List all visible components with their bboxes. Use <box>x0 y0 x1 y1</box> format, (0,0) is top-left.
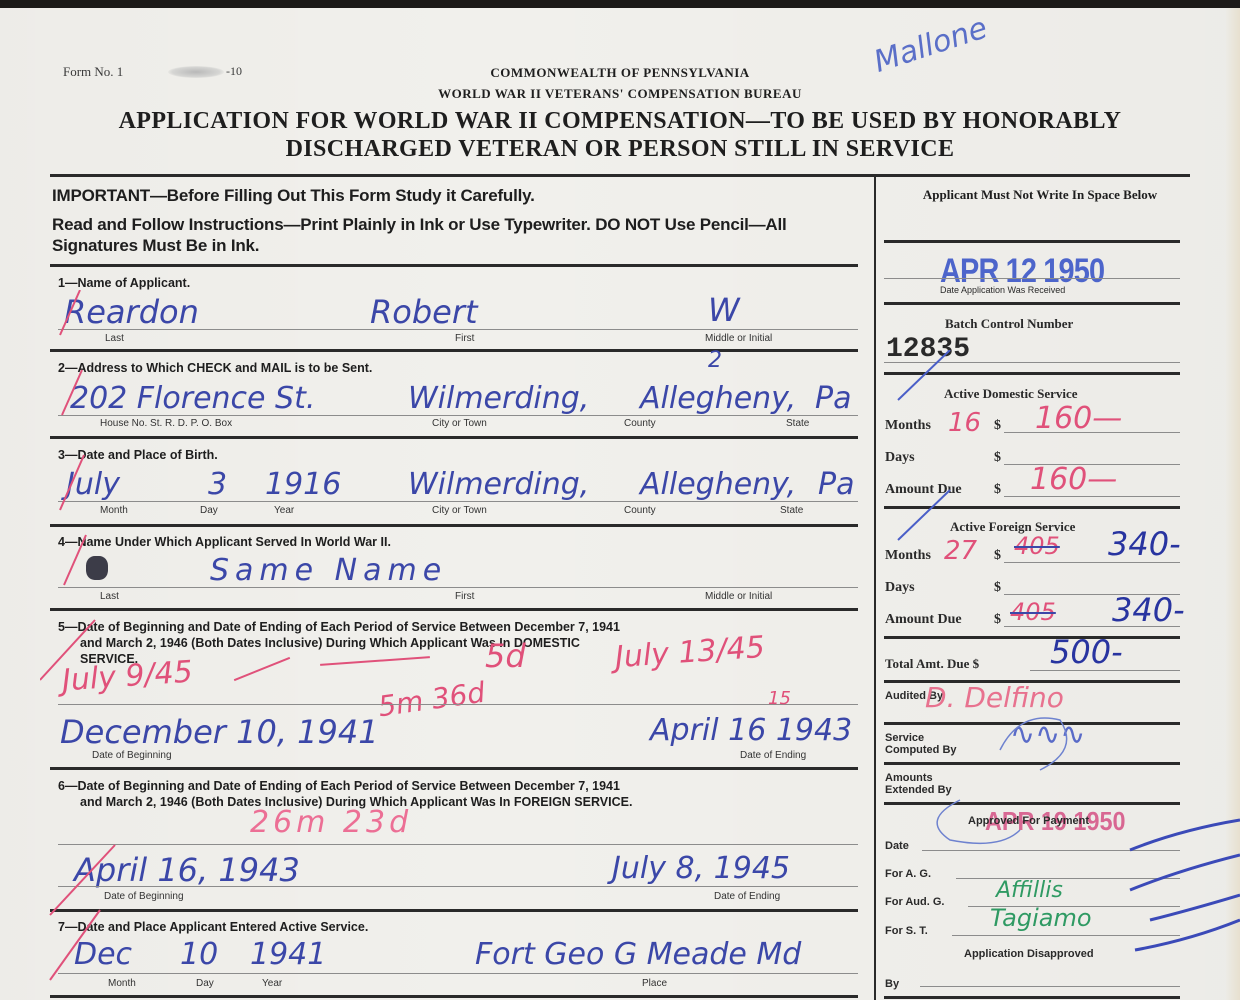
s7-year-caption: Year <box>262 978 282 989</box>
form-title-line1: APPLICATION FOR WORLD WAR II COMPENSATIO… <box>40 108 1200 135</box>
divider <box>884 302 1180 305</box>
s5-end-caption: Date of Ending <box>740 750 806 761</box>
s5-label-line1: 5—Date of Beginning and Date of Ending o… <box>58 620 620 634</box>
s2-state-caption: State <box>786 418 809 429</box>
s6-label-line1: 6—Date of Beginning and Date of Ending o… <box>58 779 620 793</box>
s4-middle-caption: Middle or Initial <box>705 591 772 602</box>
s1-first-value[interactable]: Robert <box>370 296 478 328</box>
s3-year-value[interactable]: 1916 <box>265 470 341 500</box>
s1-first-caption: First <box>455 333 474 344</box>
s2-city-value[interactable]: Wilmerding, <box>408 384 589 414</box>
s7-day-value[interactable]: 10 <box>180 940 218 970</box>
s7-place-caption: Place <box>642 978 667 989</box>
s3-day-caption: Day <box>200 505 218 516</box>
bureau-name: WORLD WAR II VETERANS' COMPENSATION BURE… <box>370 86 870 102</box>
form-number-suffix: -10 <box>226 64 242 79</box>
s3-county-caption: County <box>624 505 656 516</box>
field-line <box>58 844 858 845</box>
field-line <box>58 415 858 416</box>
s3-city-value[interactable]: Wilmerding, <box>408 470 589 500</box>
form-number: Form No. 1 <box>63 64 123 80</box>
s2-note: 2 <box>708 350 722 372</box>
received-date-caption: Date Application Was Received <box>940 284 1065 296</box>
field-line <box>58 501 858 502</box>
field-line <box>58 886 858 887</box>
s3-day-value[interactable]: 3 <box>208 470 227 500</box>
s1-middle-caption: Middle or Initial <box>705 333 772 344</box>
divider <box>50 436 858 439</box>
divider <box>50 909 858 912</box>
seal-icon <box>168 66 224 78</box>
field-line <box>884 278 1180 279</box>
divider <box>50 264 858 267</box>
form-title-line2: DISCHARGED VETERAN OR PERSON STILL IN SE… <box>40 136 1200 163</box>
s5-correction-15: 15 <box>768 690 791 708</box>
s4-value[interactable]: Same Name <box>210 556 447 586</box>
s3-state-caption: State <box>780 505 803 516</box>
red-check-marks <box>40 290 140 990</box>
s4-first-caption: First <box>455 591 474 602</box>
s5-red-note-days: 5d <box>485 640 526 672</box>
divider <box>50 995 858 998</box>
blue-pen-marks <box>880 350 1240 1000</box>
s1-middle-value[interactable]: W <box>708 294 740 326</box>
divider <box>50 608 858 611</box>
header-divider <box>50 174 1190 177</box>
instructions-text: Read and Follow Instructions—Print Plain… <box>52 214 867 256</box>
agency-name: COMMONWEALTH OF PENNSYLVANIA <box>400 65 840 81</box>
s7-day-caption: Day <box>196 978 214 989</box>
field-line <box>58 587 858 588</box>
divider <box>50 767 858 770</box>
column-divider <box>874 174 876 1000</box>
divider <box>50 349 858 352</box>
s3-county-value[interactable]: Allegheny, <box>640 470 796 500</box>
s5-end-value[interactable]: April 16 1943 <box>650 716 852 746</box>
s1-label: 1—Name of Applicant. <box>58 276 190 290</box>
s2-county-caption: County <box>624 418 656 429</box>
s3-state-value[interactable]: Pa <box>818 470 854 500</box>
field-line <box>58 329 858 330</box>
field-line <box>58 973 858 974</box>
office-use-heading: Applicant Must Not Write In Space Below <box>905 186 1175 203</box>
divider <box>50 524 858 527</box>
s2-state-value[interactable]: Pa <box>815 384 851 414</box>
batch-control-label: Batch Control Number <box>945 316 1073 332</box>
field-line <box>58 704 858 705</box>
divider <box>884 240 1180 243</box>
s7-place-value[interactable]: Fort Geo G Meade Md <box>475 940 801 970</box>
important-notice: IMPORTANT—Before Filling Out This Form S… <box>52 186 535 206</box>
s6-end-value[interactable]: July 8, 1945 <box>612 854 790 884</box>
s3-city-caption: City or Town <box>432 505 487 516</box>
s2-city-caption: City or Town <box>432 418 487 429</box>
s3-year-caption: Year <box>274 505 294 516</box>
s6-end-caption: Date of Ending <box>714 891 780 902</box>
s2-county-value[interactable]: Allegheny, <box>640 384 796 414</box>
s7-year-value[interactable]: 1941 <box>250 940 326 970</box>
s6-red-note: 26m 23d <box>250 808 412 838</box>
